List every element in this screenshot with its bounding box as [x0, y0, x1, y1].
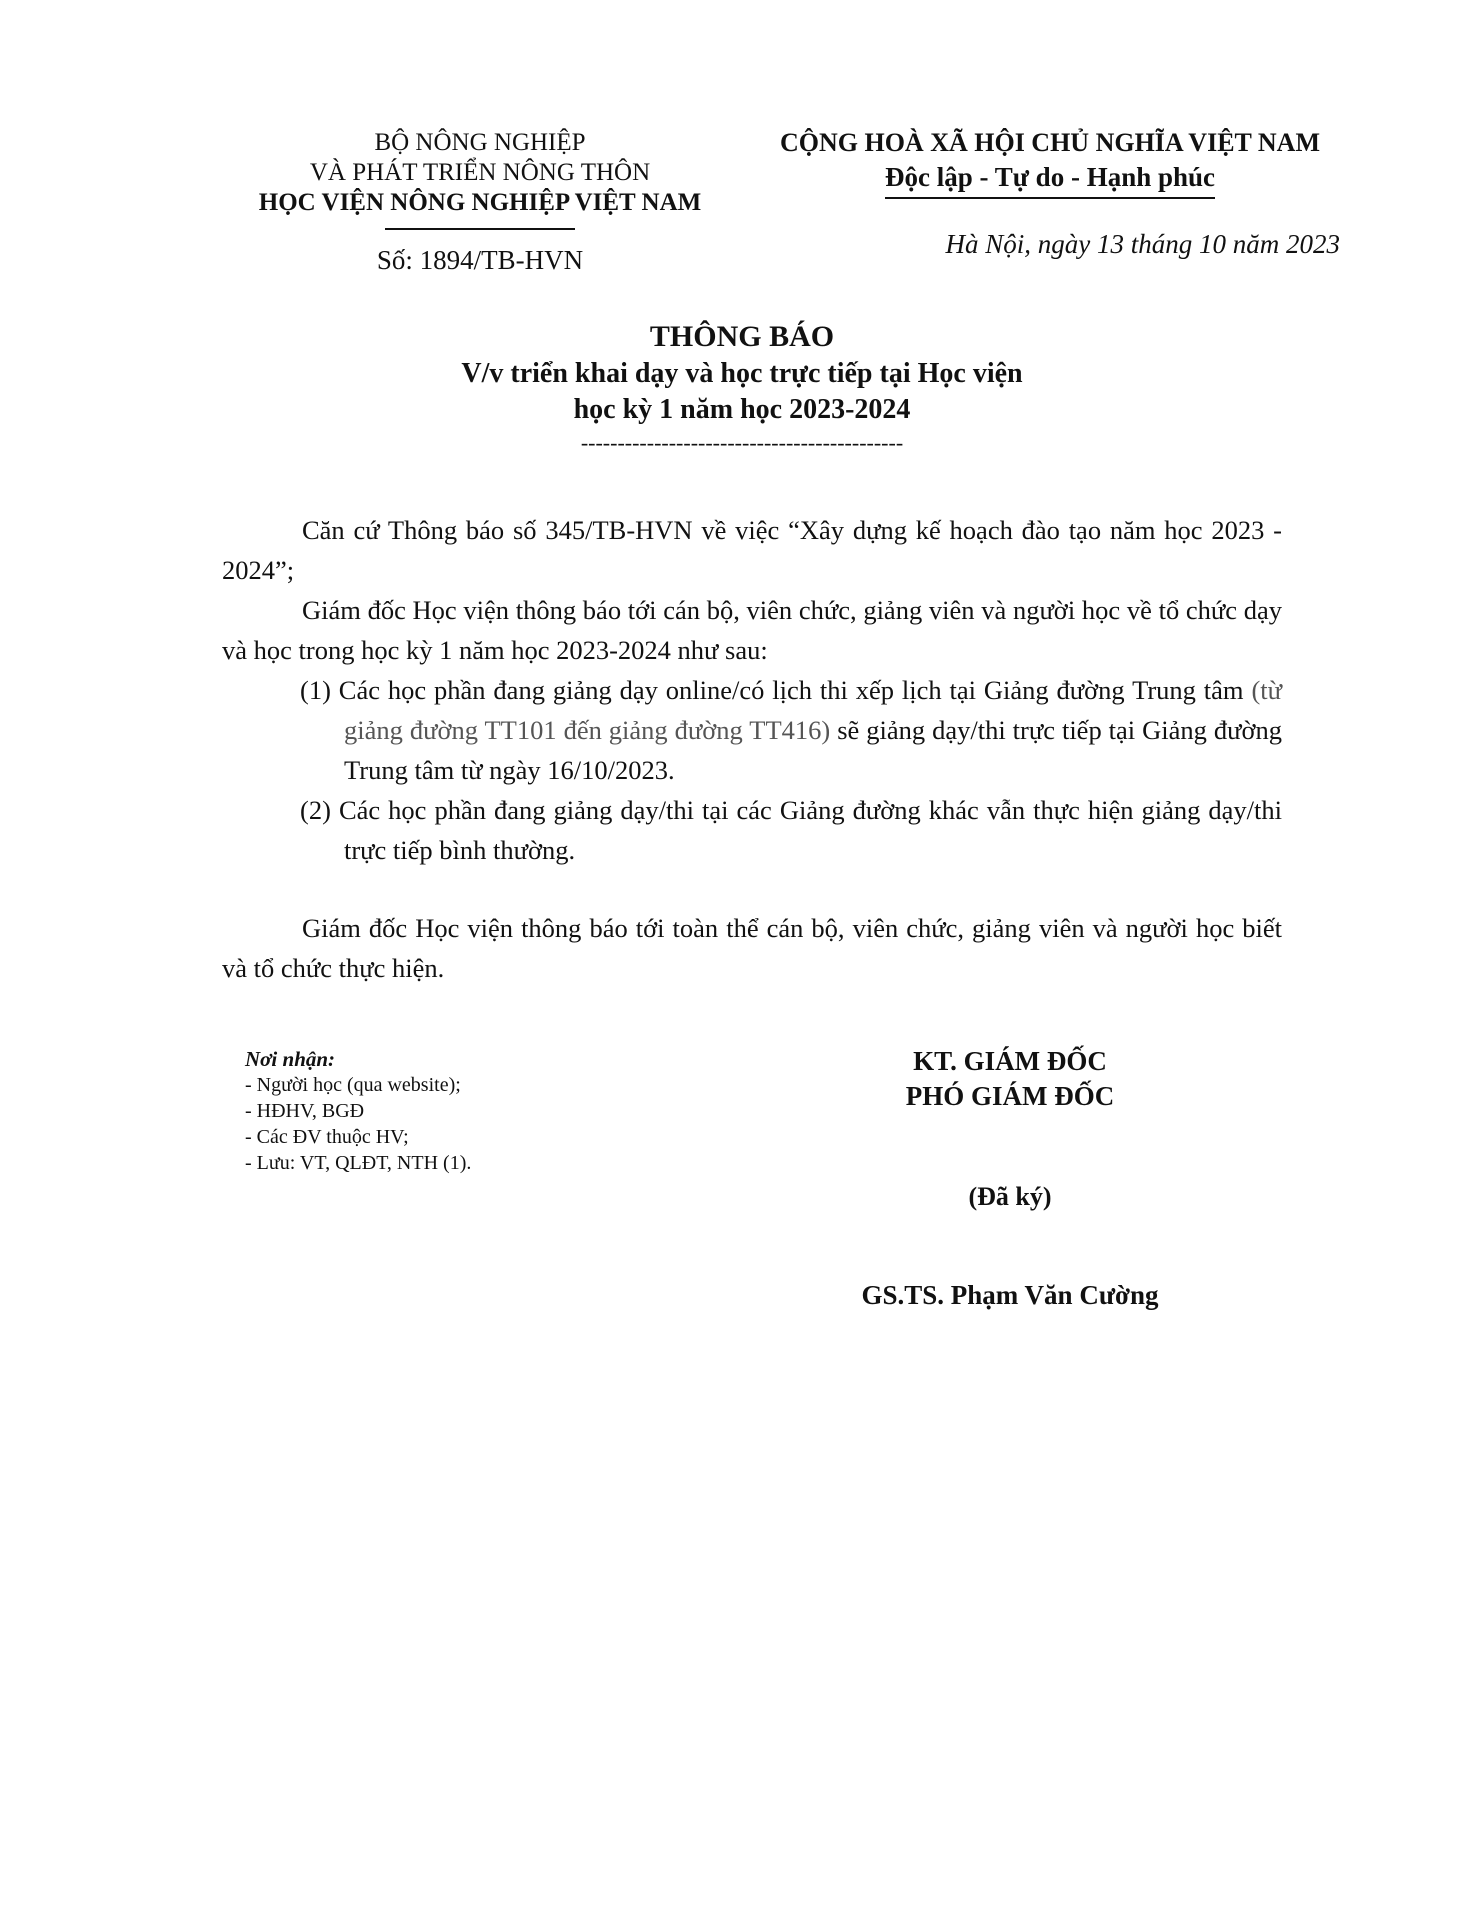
- institution-name: HỌC VIỆN NÔNG NGHIỆP VIỆT NAM: [220, 188, 740, 218]
- signature-block: KT. GIÁM ĐỐC PHÓ GIÁM ĐỐC (Đã ký) GS.TS.…: [820, 1044, 1200, 1311]
- header-divider: [385, 228, 575, 230]
- recipient-item: - Lưu: VT, QLĐT, NTH (1).: [245, 1150, 665, 1176]
- signer-role-line2: PHÓ GIÁM ĐỐC: [820, 1079, 1200, 1114]
- issuing-authority-block: BỘ NÔNG NGHIỆP VÀ PHÁT TRIỂN NÔNG THÔN H…: [220, 128, 740, 276]
- body-paragraph-closing: Giám đốc Học viện thông báo tới toàn thể…: [222, 908, 1282, 988]
- body-paragraph-intro: Giám đốc Học viện thông báo tới cán bộ, …: [222, 590, 1282, 670]
- recipients-block: Nơi nhận: - Người học (qua website); - H…: [245, 1046, 665, 1176]
- national-motto: Độc lập - Tự do - Hạnh phúc: [885, 160, 1215, 199]
- place-date: Hà Nội, ngày 13 tháng 10 năm 2023: [840, 228, 1340, 260]
- list-item: (1) Các học phần đang giảng dạy online/c…: [222, 670, 1282, 790]
- ministry-name-line2: VÀ PHÁT TRIỂN NÔNG THÔN: [220, 158, 740, 188]
- recipient-item: - HĐHV, BGĐ: [245, 1098, 665, 1124]
- document-number: Số: 1894/TB-HVN: [220, 244, 740, 276]
- list-marker: (1): [300, 675, 331, 705]
- signed-note: (Đã ký): [820, 1181, 1200, 1213]
- list-item-text: Các học phần đang giảng dạy/thi tại các …: [339, 795, 1282, 865]
- document-type: THÔNG BÁO: [300, 318, 1184, 356]
- signer-role-line1: KT. GIÁM ĐỐC: [820, 1044, 1200, 1079]
- list-item-text: Các học phần đang giảng dạy online/có lị…: [339, 675, 1252, 705]
- title-separator: ----------------------------------------…: [300, 428, 1184, 458]
- recipient-item: - Các ĐV thuộc HV;: [245, 1124, 665, 1150]
- ministry-name-line1: BỘ NÔNG NGHIỆP: [220, 128, 740, 158]
- national-heading-block: CỘNG HOÀ XÃ HỘI CHỦ NGHĨA VIỆT NAM Độc l…: [760, 126, 1340, 199]
- signer-name: GS.TS. Phạm Văn Cường: [820, 1279, 1200, 1311]
- document-subject-line1: V/v triển khai dạy và học trực tiếp tại …: [300, 356, 1184, 392]
- list-item: (2) Các học phần đang giảng dạy/thi tại …: [222, 790, 1282, 870]
- recipients-title: Nơi nhận:: [245, 1046, 665, 1072]
- country-name: CỘNG HOÀ XÃ HỘI CHỦ NGHĨA VIỆT NAM: [760, 126, 1340, 160]
- body-paragraph-basis: Căn cứ Thông báo số 345/TB-HVN về việc “…: [222, 510, 1282, 590]
- list-marker: (2): [300, 795, 331, 825]
- document-title-block: THÔNG BÁO V/v triển khai dạy và học trực…: [300, 318, 1184, 458]
- document-body: Căn cứ Thông báo số 345/TB-HVN về việc “…: [222, 510, 1282, 988]
- document-subject-line2: học kỳ 1 năm học 2023-2024: [300, 392, 1184, 428]
- recipient-item: - Người học (qua website);: [245, 1072, 665, 1098]
